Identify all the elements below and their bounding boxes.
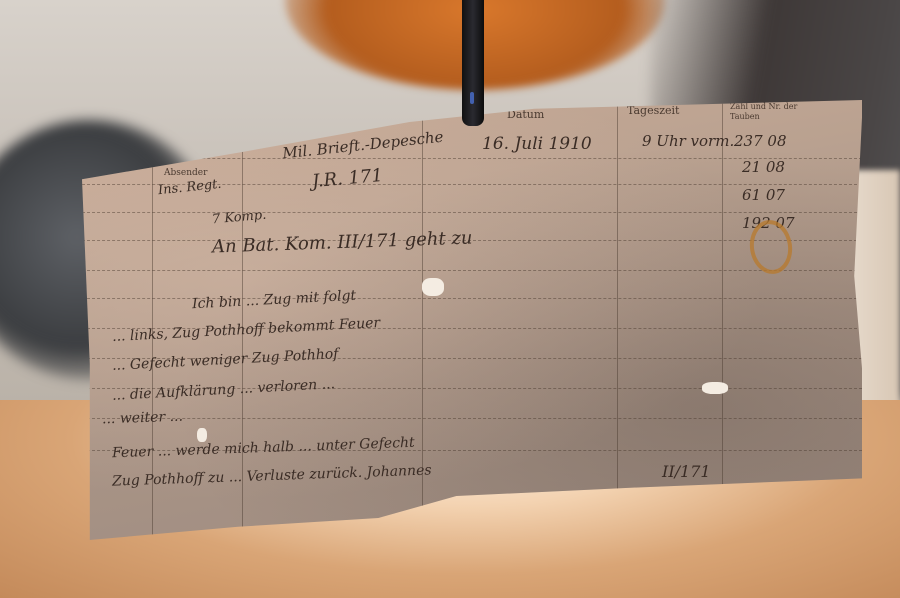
paper-hole: [702, 382, 728, 394]
time-value: 9 Uhr vorm.: [642, 132, 734, 150]
message-slip: Absender Datum Tageszeit Zahl und Nr. de…: [82, 100, 862, 540]
pigeon-number: 237 08: [734, 132, 787, 150]
signature-unit: II/171: [662, 462, 711, 481]
date-value: 16. Juli 1910: [482, 134, 592, 154]
column-divider: [722, 100, 723, 540]
header-sender: Absender: [164, 168, 207, 178]
paper-hole: [197, 428, 207, 442]
paper-hole: [422, 278, 444, 296]
black-clip: [462, 0, 484, 126]
pigeon-number: 21 08: [742, 158, 785, 176]
body-line: ... weiter ...: [102, 409, 183, 428]
pigeon-number: 61 07: [742, 186, 785, 204]
column-divider: [617, 100, 618, 540]
header-pigeons: Zahl und Nr. der Tauben: [730, 102, 810, 122]
